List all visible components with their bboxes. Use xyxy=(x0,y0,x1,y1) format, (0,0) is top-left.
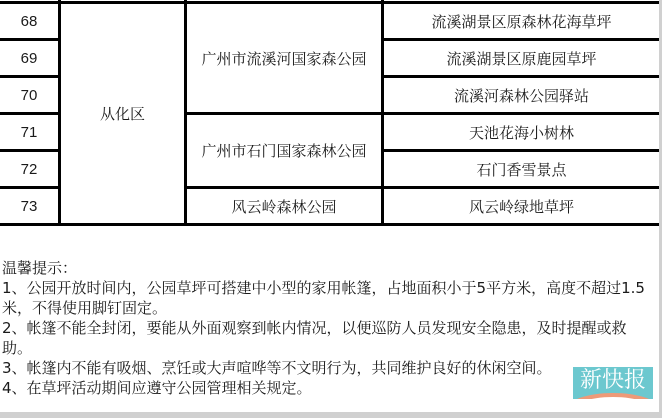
parks-table: 68 从化区 广州市流溪河国家森公园 流溪湖景区原森林花海草坪 69 流溪湖景区… xyxy=(0,0,662,226)
row-number: 73 xyxy=(0,188,60,225)
tip-item: 2、帐篷不能全封闭，要能从外面观察到帐内情况，以便巡防人员发现安全隐患，及时提醒… xyxy=(2,318,656,358)
park-cell: 广州市流溪河国家森公园 xyxy=(186,3,383,114)
site-cell: 流溪河森林公园驿站 xyxy=(383,77,661,114)
newspaper-logo: 新快报 xyxy=(573,367,653,399)
row-number: 68 xyxy=(0,3,60,40)
row-number: 69 xyxy=(0,40,60,77)
site-cell: 流溪湖景区原森林花海草坪 xyxy=(383,3,661,40)
park-cell: 广州市石门国家森林公园 xyxy=(186,114,383,188)
row-number: 72 xyxy=(0,151,60,188)
site-cell: 石门香雪景点 xyxy=(383,151,661,188)
row-number: 71 xyxy=(0,114,60,151)
frame-border-bottom xyxy=(0,412,662,418)
logo-text: 新快报 xyxy=(573,368,653,394)
tip-item: 1、公园开放时间内，公园草坪可搭建中小型的家用帐篷，占地面积小于5平方米，高度不… xyxy=(2,278,656,318)
tips-title: 温馨提示： xyxy=(2,258,656,278)
site-cell: 天池花海小树林 xyxy=(383,114,661,151)
tip-item: 4、在草坪活动期间应遵守公园管理相关规定。 xyxy=(2,378,656,398)
table-row: 68 从化区 广州市流溪河国家森公园 流溪湖景区原森林花海草坪 xyxy=(0,3,661,40)
site-cell: 风云岭绿地草坪 xyxy=(383,188,661,225)
site-cell: 流溪湖景区原鹿园草坪 xyxy=(383,40,661,77)
district-cell: 从化区 xyxy=(60,3,186,225)
tip-item: 3、帐篷内不能有吸烟、烹饪或大声喧哗等不文明行为，共同维护良好的休闲空间。 xyxy=(2,358,656,378)
row-number: 70 xyxy=(0,77,60,114)
park-cell: 风云岭森林公园 xyxy=(186,188,383,225)
tips-section: 温馨提示： 1、公园开放时间内，公园草坪可搭建中小型的家用帐篷，占地面积小于5平… xyxy=(2,258,656,398)
